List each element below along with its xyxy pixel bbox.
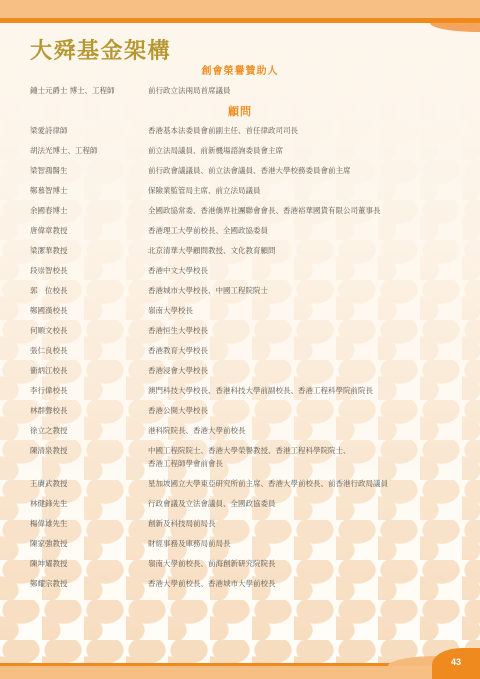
person-role: 香港公開大學校長: [148, 405, 456, 418]
person-name: 唐偉章教授: [30, 225, 148, 238]
section-advisors: 顧問 梁愛詩律師 香港基本法委員會前副主任、首任律政司司長 胡法光博士、工程師 …: [0, 105, 480, 590]
person-name: 梁愛詩律師: [30, 125, 148, 138]
page-number: 43: [451, 657, 461, 667]
person-role: 香港中文大學校長: [148, 265, 456, 278]
person-role: 財經事務及庫務局前局長: [148, 538, 456, 551]
person-name: 段崇智校長: [30, 265, 148, 278]
person-row: 衞炳江校長 香港浸會大學校長: [30, 365, 456, 378]
page-content: 大舜基金架構 創會榮譽贊助人 鍾士元爵士 博士、工程師 前行政立法兩局首席議員 …: [0, 0, 480, 590]
person-row: 唐偉章教授 香港理工大學前校長、全國政協委員: [30, 225, 456, 238]
person-name: 王賡武教授: [30, 478, 148, 491]
person-role: 香港浸會大學校長: [148, 365, 456, 378]
person-role: 香港教育大學校長: [148, 345, 456, 358]
person-row: 林群聲校長 香港公開大學校長: [30, 405, 456, 418]
founding-patron-heading: 創會榮譽贊助人: [0, 65, 480, 78]
person-name: 梁潔華教授: [30, 245, 148, 258]
advisors-heading: 顧問: [0, 105, 480, 119]
person-name: 鍾士元爵士 博士、工程師: [30, 85, 148, 98]
person-row: 郭 位校長 香港城市大學校長、中國工程院院士: [30, 285, 456, 298]
person-role: 保險業監管局主席、前立法局議員: [148, 185, 456, 198]
person-row: 陳坤耀教授 嶺南大學前校長、前海創新研究院院長: [30, 558, 456, 571]
person-name: 何順文校長: [30, 325, 148, 338]
person-name: 李行偉校長: [30, 385, 148, 398]
person-row: 鄭慕智博士 保險業監管局主席、前立法局議員: [30, 185, 456, 198]
person-name: 余國春博士: [30, 205, 148, 218]
person-row: 張仁良校長 香港教育大學校長: [30, 345, 456, 358]
person-name: 徐立之教授: [30, 425, 148, 438]
person-name: 林群聲校長: [30, 405, 148, 418]
person-role: 嶺南大學校長: [148, 305, 456, 318]
person-row: 梁愛詩律師 香港基本法委員會前副主任、首任律政司司長: [30, 125, 456, 138]
person-row: 何順文校長 香港恒生大學校長: [30, 325, 456, 338]
person-name: 鄭耀宗教授: [30, 578, 148, 591]
person-row: 李行偉校長 澳門科技大學校長、香港科技大學前副校長、香港工程科學院前院長: [30, 385, 456, 398]
page-title: 大舜基金架構: [30, 37, 480, 65]
person-role: 星加坡國立大學東亞研究所前主席、香港大學前校長、前香港行政局議員: [148, 478, 456, 491]
document-page: 大舜基金架構 創會榮譽贊助人 鍾士元爵士 博士、工程師 前行政立法兩局首席議員 …: [0, 0, 480, 679]
person-row: 鄭國漢校長 嶺南大學校長: [30, 305, 456, 318]
person-row: 余國春博士 全國政協常委、香港僑界社團聯會會長、香港裕華國貨有限公司董事長: [30, 205, 456, 218]
person-role: 前立法局議員、前新機場諮詢委員會主席: [148, 145, 456, 158]
person-role: 北京清華大學顧問教授、文化教育顧問: [148, 245, 456, 258]
person-row: 梁潔華教授 北京清華大學顧問教授、文化教育顧問: [30, 245, 456, 258]
person-name: 郭 位校長: [30, 285, 148, 298]
person-role: 香港大學前校長、香港城市大學前校長: [148, 578, 456, 591]
person-row: 陳清泉教授 中國工程院院士、香港大學榮譽教授、香港工程科學院院士、 香港工程師學…: [30, 445, 456, 470]
person-role: 中國工程院院士、香港大學榮譽教授、香港工程科學院院士、 香港工程師學會前會長: [148, 445, 456, 470]
person-row: 梁智鴻醫生 前行政會議議員、前立法會議員、香港大學校務委員會前主席: [30, 165, 456, 178]
person-row: 楊偉雄先生 創新及科技局前局長: [30, 518, 456, 531]
person-name: 林健鋒先生: [30, 498, 148, 511]
person-role: 香港基本法委員會前副主任、首任律政司司長: [148, 125, 456, 138]
person-role: 創新及科技局前局長: [148, 518, 456, 531]
person-role: 嶺南大學前校長、前海創新研究院院長: [148, 558, 456, 571]
person-role: 全國政協常委、香港僑界社團聯會會長、香港裕華國貨有限公司董事長: [148, 205, 456, 218]
founding-patron-list: 鍾士元爵士 博士、工程師 前行政立法兩局首席議員: [0, 85, 480, 98]
person-name: 梁智鴻醫生: [30, 165, 148, 178]
person-name: 鄭慕智博士: [30, 185, 148, 198]
person-role: 澳門科技大學校長、香港科技大學前副校長、香港工程科學院前院長: [148, 385, 456, 398]
person-row: 陳家強教授 財經事務及庫務局前局長: [30, 538, 456, 551]
person-row: 王賡武教授 星加坡國立大學東亞研究所前主席、香港大學前校長、前香港行政局議員: [30, 478, 456, 491]
person-role: 行政會議及立法會議員、全國政協委員: [148, 498, 456, 511]
person-name: 陳坤耀教授: [30, 558, 148, 571]
section-founding-patron: 創會榮譽贊助人 鍾士元爵士 博士、工程師 前行政立法兩局首席議員: [0, 65, 480, 98]
person-row: 徐立之教授 港科院院長、香港大學前校長: [30, 425, 456, 438]
person-name: 陳家強教授: [30, 538, 148, 551]
person-role: 香港理工大學前校長、全國政協委員: [148, 225, 456, 238]
advisors-list: 梁愛詩律師 香港基本法委員會前副主任、首任律政司司長 胡法光博士、工程師 前立法…: [0, 125, 480, 590]
person-name: 張仁良校長: [30, 345, 148, 358]
page-number-badge: 43: [432, 648, 480, 679]
person-role: 港科院院長、香港大學前校長: [148, 425, 456, 438]
person-role: 香港城市大學校長、中國工程院院士: [148, 285, 456, 298]
person-name: 胡法光博士、工程師: [30, 145, 148, 158]
person-row: 胡法光博士、工程師 前立法局議員、前新機場諮詢委員會主席: [30, 145, 456, 158]
person-row: 段崇智校長 香港中文大學校長: [30, 265, 456, 278]
person-name: 陳清泉教授: [30, 445, 148, 458]
person-role: 香港恒生大學校長: [148, 325, 456, 338]
bottom-band-decoration: [0, 666, 480, 679]
person-name: 鄭國漢校長: [30, 305, 148, 318]
person-name: 衞炳江校長: [30, 365, 148, 378]
person-row: 林健鋒先生 行政會議及立法會議員、全國政協委員: [30, 498, 456, 511]
person-name: 楊偉雄先生: [30, 518, 148, 531]
person-row: 鍾士元爵士 博士、工程師 前行政立法兩局首席議員: [30, 85, 456, 98]
person-role: 前行政會議議員、前立法會議員、香港大學校務委員會前主席: [148, 165, 456, 178]
person-role: 前行政立法兩局首席議員: [148, 85, 456, 98]
person-row: 鄭耀宗教授 香港大學前校長、香港城市大學前校長: [30, 578, 456, 591]
